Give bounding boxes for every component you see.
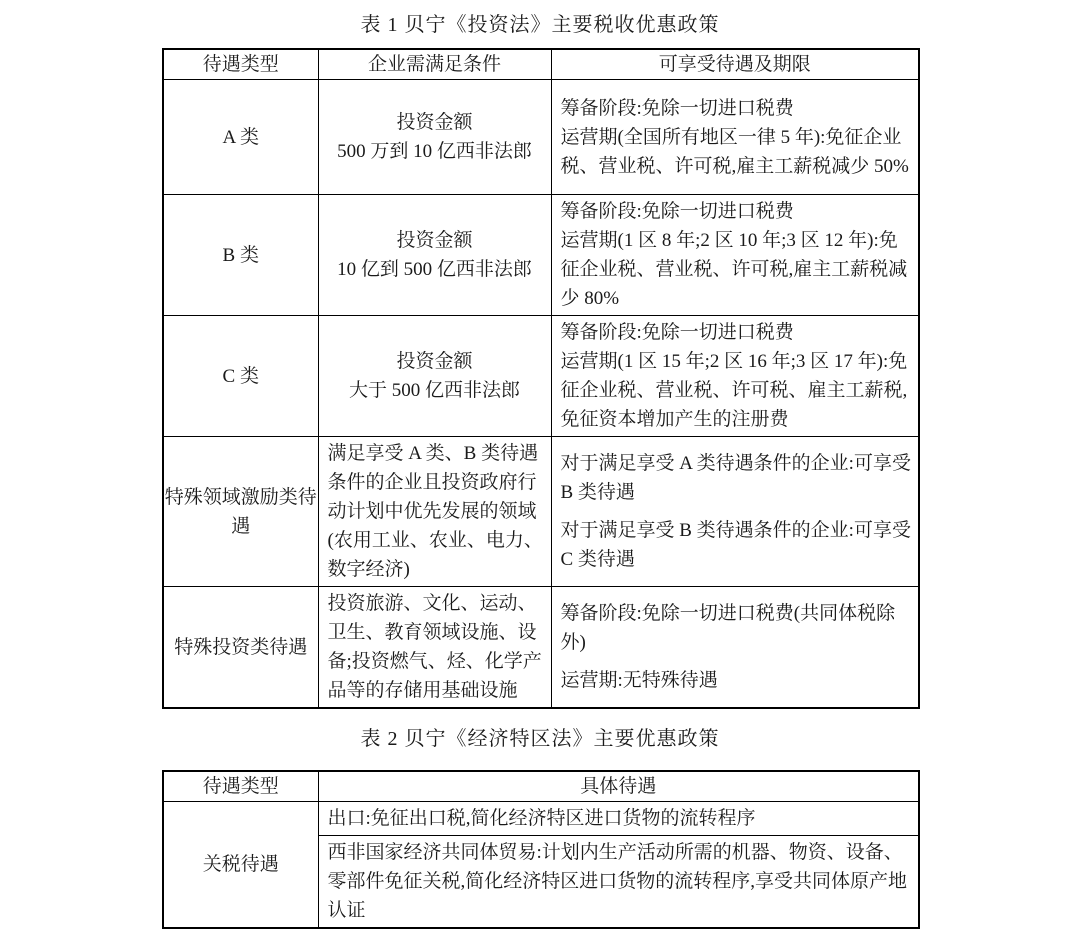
treatment-type-cell: 特殊投资类待遇 [163, 587, 318, 709]
treatment-type-cell: 关税待遇 [163, 802, 318, 929]
treatment-type-cell: B 类 [163, 195, 318, 316]
table1-row-class-b: B 类 投资金额 10 亿到 500 亿西非法郎 筹备阶段:免除一切进口税费 运… [163, 195, 919, 316]
table2-caption: 表 2 贝宁《经济特区法》主要优惠政策 [162, 724, 918, 754]
conditions-cell: 投资金额 大于 500 亿西非法郎 [318, 316, 551, 437]
table1-row-class-a: A 类 投资金额 500 万到 10 亿西非法郎 筹备阶段:免除一切进口税费 运… [163, 80, 919, 195]
conditions-cell: 投资金额 500 万到 10 亿西非法郎 [318, 80, 551, 195]
table1-header-treatment-type: 待遇类型 [163, 49, 318, 80]
table2-row-tariff-export: 关税待遇 出口:免征出口税,简化经济特区进口货物的流转程序 [163, 802, 919, 836]
treatment-type-cell: A 类 [163, 80, 318, 195]
benefit-paragraph: 运营期:无特殊待遇 [561, 666, 913, 695]
benefit-paragraph: 运营期(全国所有地区一律 5 年):免征企业税、营业税、许可税,雇主工薪税减少 … [561, 123, 913, 181]
table2-header-row: 待遇类型 具体待遇 [163, 771, 919, 802]
table2-header-details: 具体待遇 [318, 771, 919, 802]
table1-row-special-sector: 特殊领域激励类待遇 满足享受 A 类、B 类待遇条件的企业且投资政府行动计划中优… [163, 437, 919, 587]
table1-header-row: 待遇类型 企业需满足条件 可享受待遇及期限 [163, 49, 919, 80]
condition-line: 10 亿到 500 亿西非法郎 [319, 255, 551, 284]
benefit-paragraph: 筹备阶段:免除一切进口税费 [561, 94, 913, 123]
benefits-cell: 筹备阶段:免除一切进口税费 运营期(1 区 15 年;2 区 16 年;3 区 … [551, 316, 919, 437]
benefits-cell: 筹备阶段:免除一切进口税费(共同体税除外) 运营期:无特殊待遇 [551, 587, 919, 709]
table2-special-economic-zone-law: 待遇类型 具体待遇 关税待遇 出口:免征出口税,简化经济特区进口货物的流转程序 … [162, 770, 920, 929]
benefit-paragraph: 筹备阶段:免除一切进口税费 [561, 197, 913, 226]
conditions-cell: 满足享受 A 类、B 类待遇条件的企业且投资政府行动计划中优先发展的领域(农用工… [318, 437, 551, 587]
table1-header-benefits: 可享受待遇及期限 [551, 49, 919, 80]
table1-investment-law: 待遇类型 企业需满足条件 可享受待遇及期限 A 类 投资金额 500 万到 10… [162, 48, 920, 709]
benefits-cell: 筹备阶段:免除一切进口税费 运营期(1 区 8 年;2 区 10 年;3 区 1… [551, 195, 919, 316]
table1-row-special-investment: 特殊投资类待遇 投资旅游、文化、运动、卫生、教育领域设施、设备;投资燃气、烃、化… [163, 587, 919, 709]
benefit-paragraph: 运营期(1 区 15 年;2 区 16 年;3 区 17 年):免征企业税、营业… [561, 347, 913, 434]
table1-header-conditions: 企业需满足条件 [318, 49, 551, 80]
details-cell: 出口:免征出口税,简化经济特区进口货物的流转程序 [318, 802, 919, 836]
treatment-type-cell: C 类 [163, 316, 318, 437]
detail-paragraph: 出口:免征出口税,简化经济特区进口货物的流转程序 [328, 804, 913, 833]
condition-line: 投资旅游、文化、运动、卫生、教育领域设施、设备;投资燃气、烃、化学产品等的存储用… [328, 589, 545, 705]
benefit-paragraph: 筹备阶段:免除一切进口税费(共同体税除外) [561, 599, 913, 657]
benefits-cell: 筹备阶段:免除一切进口税费 运营期(全国所有地区一律 5 年):免征企业税、营业… [551, 80, 919, 195]
table1-row-class-c: C 类 投资金额 大于 500 亿西非法郎 筹备阶段:免除一切进口税费 运营期(… [163, 316, 919, 437]
benefits-cell: 对于满足享受 A 类待遇条件的企业:可享受 B 类待遇 对于满足享受 B 类待遇… [551, 437, 919, 587]
conditions-cell: 投资旅游、文化、运动、卫生、教育领域设施、设备;投资燃气、烃、化学产品等的存储用… [318, 587, 551, 709]
benefit-paragraph: 对于满足享受 B 类待遇条件的企业:可享受 C 类待遇 [561, 516, 913, 574]
document-page: 表 1 贝宁《投资法》主要税收优惠政策 待遇类型 企业需满足条件 可享受待遇及期… [162, 0, 918, 937]
condition-line: 投资金额 [319, 226, 551, 255]
table1-caption: 表 1 贝宁《投资法》主要税收优惠政策 [162, 10, 918, 40]
condition-line: 投资金额 [319, 347, 551, 376]
condition-line: 投资金额 [319, 108, 551, 137]
condition-line: 大于 500 亿西非法郎 [319, 376, 551, 405]
benefit-paragraph: 筹备阶段:免除一切进口税费 [561, 318, 913, 347]
conditions-cell: 投资金额 10 亿到 500 亿西非法郎 [318, 195, 551, 316]
detail-paragraph: 西非国家经济共同体贸易:计划内生产活动所需的机器、物资、设备、零部件免征关税,简… [328, 838, 913, 925]
details-cell: 西非国家经济共同体贸易:计划内生产活动所需的机器、物资、设备、零部件免征关税,简… [318, 836, 919, 929]
condition-line: 500 万到 10 亿西非法郎 [319, 137, 551, 166]
treatment-type-cell: 特殊领域激励类待遇 [163, 437, 318, 587]
condition-line: 满足享受 A 类、B 类待遇条件的企业且投资政府行动计划中优先发展的领域(农用工… [328, 439, 545, 584]
benefit-paragraph: 对于满足享受 A 类待遇条件的企业:可享受 B 类待遇 [561, 449, 913, 507]
table2-header-treatment-type: 待遇类型 [163, 771, 318, 802]
benefit-paragraph: 运营期(1 区 8 年;2 区 10 年;3 区 12 年):免征企业税、营业税… [561, 226, 913, 313]
